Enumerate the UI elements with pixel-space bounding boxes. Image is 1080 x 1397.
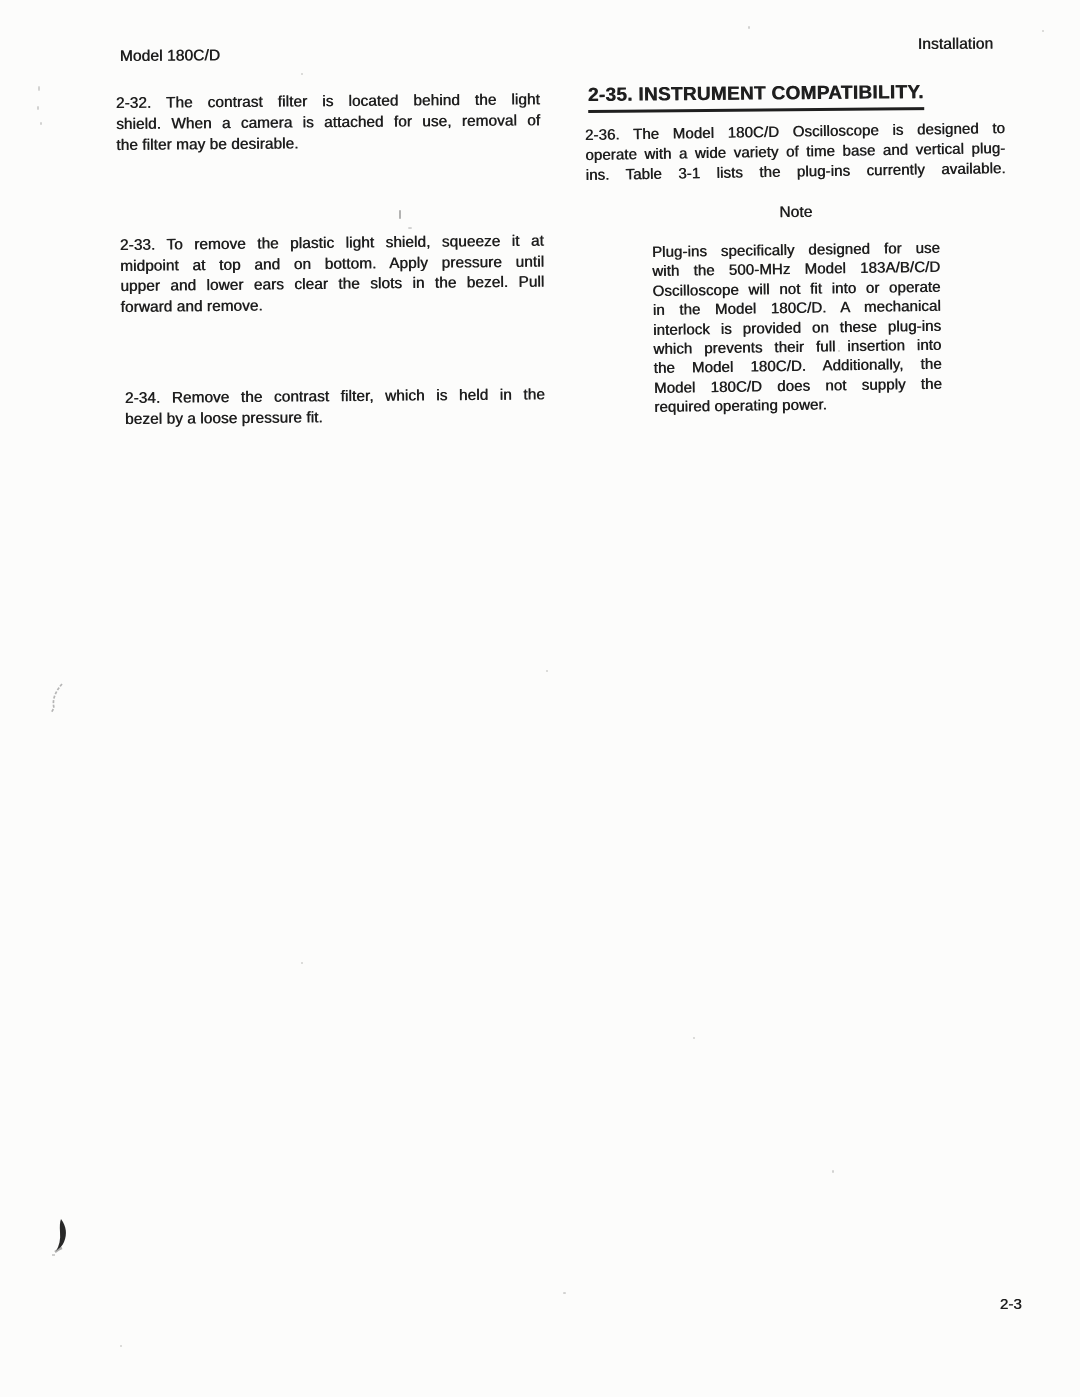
note-label: Note <box>652 203 940 224</box>
scan-speck <box>301 73 303 75</box>
running-header-model: Model 180C/D <box>120 47 220 66</box>
scan-speck <box>399 210 401 219</box>
section-heading-text: 2-35. INSTRUMENT COMPATIBILITY. <box>588 82 924 113</box>
scan-speck <box>563 1292 566 1294</box>
text-line: forward and remove. <box>121 293 545 318</box>
scan-speck <box>748 26 750 29</box>
scan-speck <box>301 962 303 964</box>
pen-mark-light-icon <box>49 683 67 719</box>
scan-speck <box>408 227 412 229</box>
scan-speck <box>546 670 548 672</box>
scan-speck <box>1042 30 1044 32</box>
scan-speck <box>832 1170 834 1173</box>
paragraph-2-33: 2-33. To remove the plastic light shield… <box>120 232 545 318</box>
paragraph-2-34: 2-34. Remove the contrast filter, which … <box>125 385 545 430</box>
text-line: shield. When a camera is attached for us… <box>116 110 540 135</box>
ink-blot-icon <box>52 1218 78 1262</box>
paragraph-2-32: 2-32. The contrast filter is located beh… <box>116 89 541 156</box>
text-line: the filter may be desirable. <box>116 131 540 156</box>
scan-speck <box>693 1037 695 1039</box>
paragraph-2-36: 2-36. The Model 180C/D Oscilloscope is d… <box>585 119 1006 186</box>
scan-speck <box>37 106 39 110</box>
scan-speck <box>838 350 840 352</box>
running-header-section: Installation <box>918 36 993 54</box>
scan-speck <box>40 122 42 125</box>
text-line: 2-34. Remove the contrast filter, which … <box>125 385 545 409</box>
page-number: 2-3 <box>1000 1296 1022 1313</box>
scan-speck <box>120 1345 122 1347</box>
text-line: bezel by a loose pressure fit. <box>125 406 545 430</box>
scan-speck <box>38 86 40 91</box>
note-paragraph: Plug-ins specifically designed for use w… <box>652 239 943 418</box>
section-heading-2-35: 2-35. INSTRUMENT COMPATIBILITY. <box>588 81 1010 113</box>
text-line: required operating power. <box>654 394 942 418</box>
scanned-manual-page: Model 180C/D Installation 2-32. The cont… <box>0 0 1080 1397</box>
